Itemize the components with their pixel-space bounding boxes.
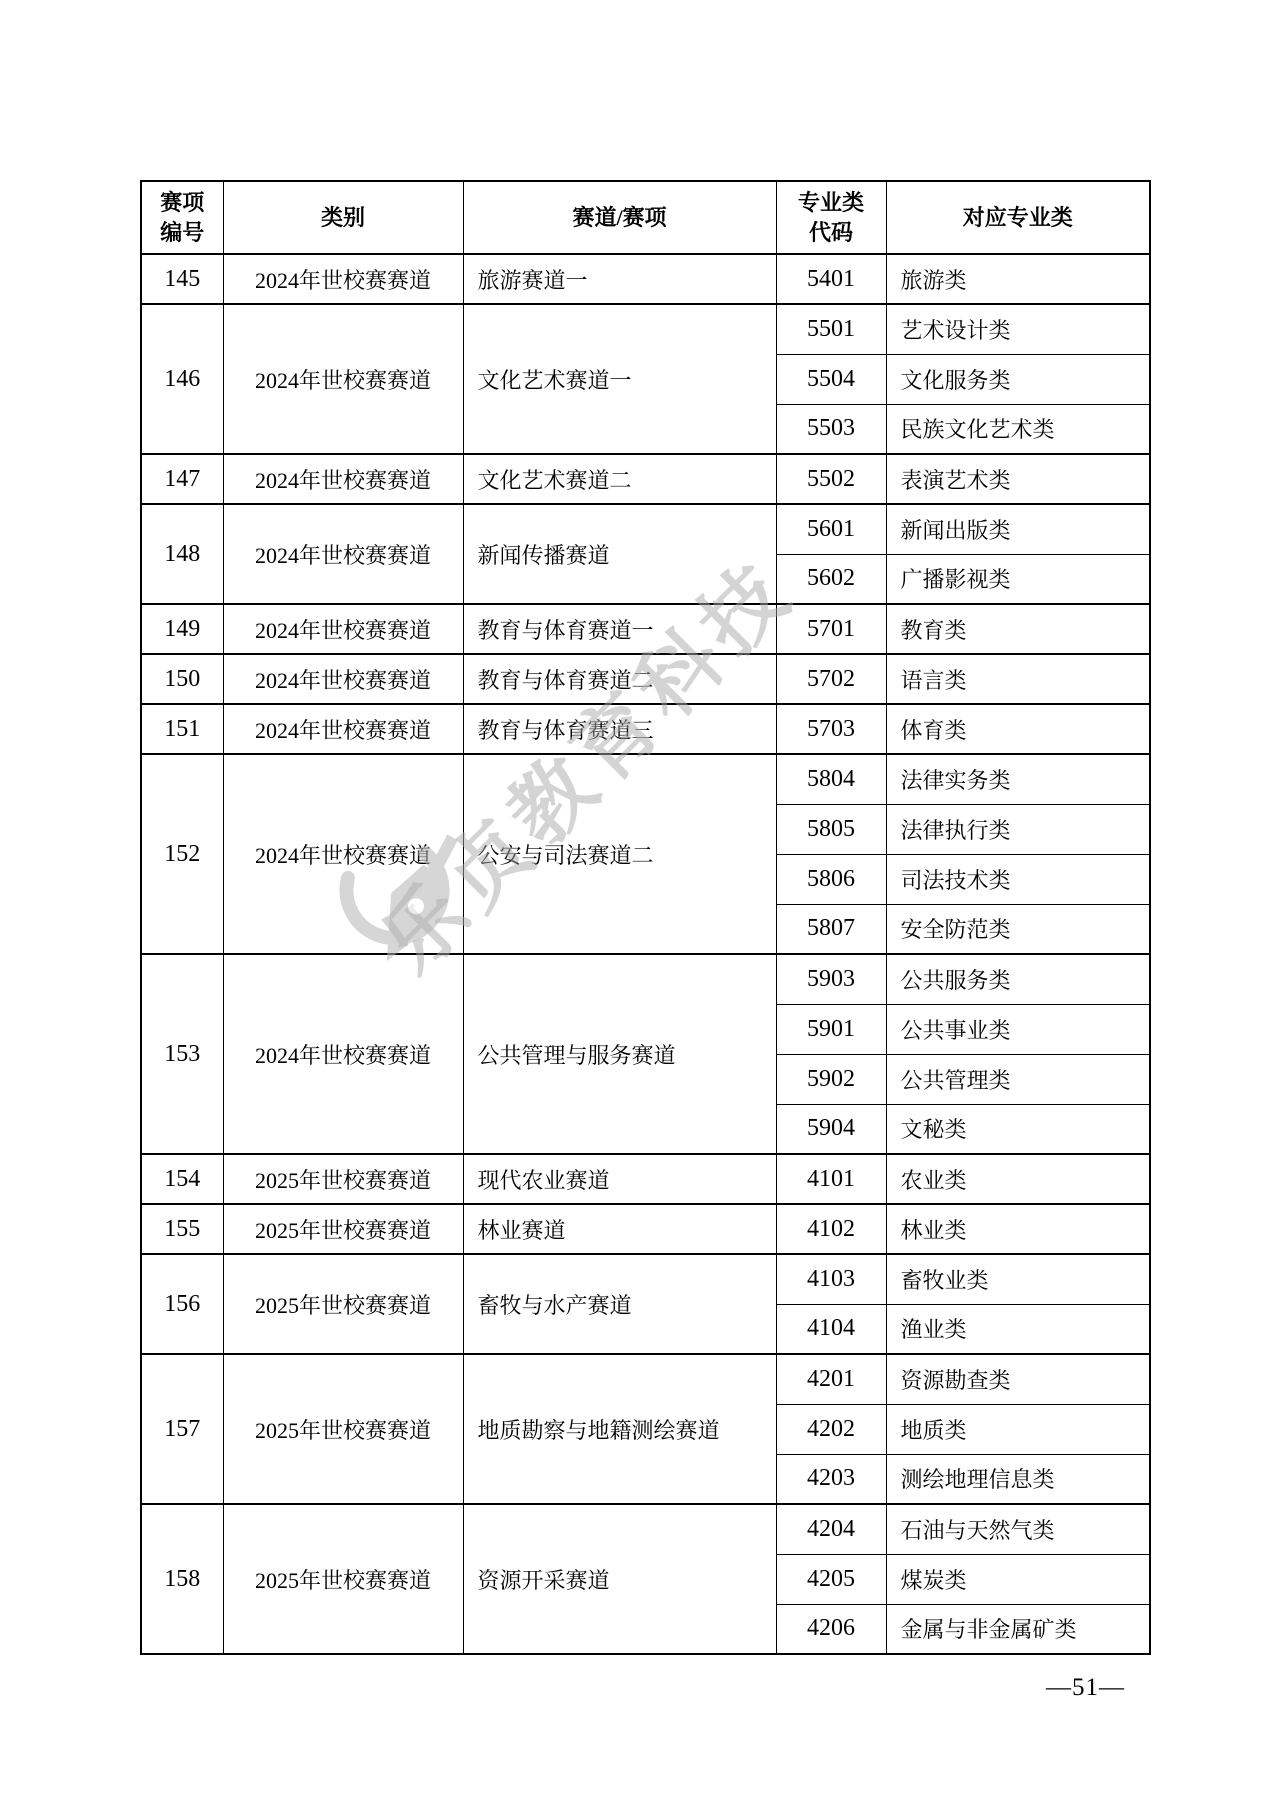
cell-item-number: 149 — [141, 604, 223, 654]
cell-track: 现代农业赛道 — [463, 1154, 776, 1204]
cell-code: 4203 — [776, 1454, 886, 1504]
cell-track: 教育与体育赛道三 — [463, 704, 776, 754]
cell-category: 2025年世校赛赛道 — [223, 1354, 463, 1504]
cell-category: 2025年世校赛赛道 — [223, 1254, 463, 1354]
cell-track: 地质勘察与地籍测绘赛道 — [463, 1354, 776, 1504]
table-row: 1552025年世校赛赛道林业赛道4102林业类 — [141, 1204, 1150, 1254]
cell-category: 2025年世校赛赛道 — [223, 1204, 463, 1254]
cell-major-class: 文秘类 — [886, 1104, 1150, 1154]
col-track: 赛道/赛项 — [463, 181, 776, 254]
cell-category: 2024年世校赛赛道 — [223, 954, 463, 1154]
cell-item-number: 150 — [141, 654, 223, 704]
cell-category: 2024年世校赛赛道 — [223, 654, 463, 704]
cell-item-number: 151 — [141, 704, 223, 754]
cell-code: 4205 — [776, 1554, 886, 1604]
table-row: 1562025年世校赛赛道畜牧与水产赛道4103畜牧业类 — [141, 1254, 1150, 1304]
cell-major-class: 煤炭类 — [886, 1554, 1150, 1604]
table-container: 赛项编号类别赛道/赛项专业类代码对应专业类 1452024年世校赛赛道旅游赛道一… — [140, 180, 1151, 1655]
competition-table: 赛项编号类别赛道/赛项专业类代码对应专业类 1452024年世校赛赛道旅游赛道一… — [140, 180, 1151, 1655]
cell-major-class: 司法技术类 — [886, 854, 1150, 904]
cell-code: 5804 — [776, 754, 886, 804]
cell-track: 教育与体育赛道二 — [463, 654, 776, 704]
cell-track: 公安与司法赛道二 — [463, 754, 776, 954]
cell-major-class: 艺术设计类 — [886, 304, 1150, 354]
cell-major-class: 新闻出版类 — [886, 504, 1150, 554]
cell-major-class: 地质类 — [886, 1404, 1150, 1454]
cell-track: 文化艺术赛道一 — [463, 304, 776, 454]
cell-track: 公共管理与服务赛道 — [463, 954, 776, 1154]
cell-code: 5901 — [776, 1004, 886, 1054]
cell-code: 5805 — [776, 804, 886, 854]
cell-category: 2025年世校赛赛道 — [223, 1154, 463, 1204]
cell-track: 新闻传播赛道 — [463, 504, 776, 604]
cell-major-class: 资源勘查类 — [886, 1354, 1150, 1404]
cell-item-number: 147 — [141, 454, 223, 504]
cell-category: 2024年世校赛赛道 — [223, 304, 463, 454]
cell-code: 5504 — [776, 354, 886, 404]
cell-major-class: 金属与非金属矿类 — [886, 1604, 1150, 1654]
cell-item-number: 148 — [141, 504, 223, 604]
cell-code: 4102 — [776, 1204, 886, 1254]
cell-code: 5702 — [776, 654, 886, 704]
cell-major-class: 民族文化艺术类 — [886, 404, 1150, 454]
cell-code: 5806 — [776, 854, 886, 904]
cell-item-number: 155 — [141, 1204, 223, 1254]
cell-track: 林业赛道 — [463, 1204, 776, 1254]
cell-item-number: 145 — [141, 254, 223, 304]
col-major-class: 对应专业类 — [886, 181, 1150, 254]
cell-category: 2024年世校赛赛道 — [223, 704, 463, 754]
table-row: 1472024年世校赛赛道文化艺术赛道二5502表演艺术类 — [141, 454, 1150, 504]
cell-major-class: 石油与天然气类 — [886, 1504, 1150, 1554]
cell-major-class: 公共管理类 — [886, 1054, 1150, 1104]
cell-track: 教育与体育赛道一 — [463, 604, 776, 654]
cell-track: 旅游赛道一 — [463, 254, 776, 304]
cell-item-number: 152 — [141, 754, 223, 954]
cell-code: 5701 — [776, 604, 886, 654]
cell-major-class: 表演艺术类 — [886, 454, 1150, 504]
table-row: 1532024年世校赛赛道公共管理与服务赛道5903公共服务类 — [141, 954, 1150, 1004]
cell-category: 2024年世校赛赛道 — [223, 254, 463, 304]
cell-track: 文化艺术赛道二 — [463, 454, 776, 504]
cell-code: 4204 — [776, 1504, 886, 1554]
cell-item-number: 156 — [141, 1254, 223, 1354]
cell-track: 资源开采赛道 — [463, 1504, 776, 1654]
table-row: 1522024年世校赛赛道公安与司法赛道二5804法律实务类 — [141, 754, 1150, 804]
cell-code: 5502 — [776, 454, 886, 504]
cell-category: 2024年世校赛赛道 — [223, 454, 463, 504]
cell-code: 5807 — [776, 904, 886, 954]
table-row: 1582025年世校赛赛道资源开采赛道4204石油与天然气类 — [141, 1504, 1150, 1554]
table-row: 1502024年世校赛赛道教育与体育赛道二5702语言类 — [141, 654, 1150, 704]
cell-major-class: 林业类 — [886, 1204, 1150, 1254]
cell-code: 5904 — [776, 1104, 886, 1154]
cell-major-class: 法律执行类 — [886, 804, 1150, 854]
cell-item-number: 146 — [141, 304, 223, 454]
table-row: 1492024年世校赛赛道教育与体育赛道一5701教育类 — [141, 604, 1150, 654]
table-row: 1542025年世校赛赛道现代农业赛道4101农业类 — [141, 1154, 1150, 1204]
cell-major-class: 公共服务类 — [886, 954, 1150, 1004]
col-code: 专业类代码 — [776, 181, 886, 254]
cell-item-number: 154 — [141, 1154, 223, 1204]
cell-major-class: 安全防范类 — [886, 904, 1150, 954]
col-item-number: 赛项编号 — [141, 181, 223, 254]
cell-major-class: 体育类 — [886, 704, 1150, 754]
cell-major-class: 畜牧业类 — [886, 1254, 1150, 1304]
table-row: 1452024年世校赛赛道旅游赛道一5401旅游类 — [141, 254, 1150, 304]
cell-code: 4201 — [776, 1354, 886, 1404]
cell-code: 4104 — [776, 1304, 886, 1354]
cell-major-class: 旅游类 — [886, 254, 1150, 304]
document-page: 赛项编号类别赛道/赛项专业类代码对应专业类 1452024年世校赛赛道旅游赛道一… — [0, 0, 1280, 1810]
header-row: 赛项编号类别赛道/赛项专业类代码对应专业类 — [141, 181, 1150, 254]
cell-code: 4103 — [776, 1254, 886, 1304]
cell-major-class: 测绘地理信息类 — [886, 1454, 1150, 1504]
cell-code: 5903 — [776, 954, 886, 1004]
cell-code: 5601 — [776, 504, 886, 554]
cell-major-class: 法律实务类 — [886, 754, 1150, 804]
cell-major-class: 公共事业类 — [886, 1004, 1150, 1054]
cell-code: 5602 — [776, 554, 886, 604]
table-body: 1452024年世校赛赛道旅游赛道一5401旅游类1462024年世校赛赛道文化… — [141, 254, 1150, 1654]
cell-code: 4202 — [776, 1404, 886, 1454]
cell-code: 5501 — [776, 304, 886, 354]
cell-major-class: 渔业类 — [886, 1304, 1150, 1354]
table-row: 1482024年世校赛赛道新闻传播赛道5601新闻出版类 — [141, 504, 1150, 554]
cell-major-class: 广播影视类 — [886, 554, 1150, 604]
cell-code: 4206 — [776, 1604, 886, 1654]
cell-code: 4101 — [776, 1154, 886, 1204]
cell-major-class: 语言类 — [886, 654, 1150, 704]
cell-code: 5703 — [776, 704, 886, 754]
cell-category: 2024年世校赛赛道 — [223, 504, 463, 604]
col-category: 类别 — [223, 181, 463, 254]
table-row: 1572025年世校赛赛道地质勘察与地籍测绘赛道4201资源勘查类 — [141, 1354, 1150, 1404]
table-row: 1512024年世校赛赛道教育与体育赛道三5703体育类 — [141, 704, 1150, 754]
cell-category: 2024年世校赛赛道 — [223, 604, 463, 654]
table-header: 赛项编号类别赛道/赛项专业类代码对应专业类 — [141, 181, 1150, 254]
cell-item-number: 153 — [141, 954, 223, 1154]
cell-code: 5401 — [776, 254, 886, 304]
table-row: 1462024年世校赛赛道文化艺术赛道一5501艺术设计类 — [141, 304, 1150, 354]
page-number: —51— — [1046, 1674, 1125, 1702]
cell-code: 5902 — [776, 1054, 886, 1104]
cell-major-class: 农业类 — [886, 1154, 1150, 1204]
cell-item-number: 158 — [141, 1504, 223, 1654]
cell-item-number: 157 — [141, 1354, 223, 1504]
cell-code: 5503 — [776, 404, 886, 454]
cell-category: 2025年世校赛赛道 — [223, 1504, 463, 1654]
cell-major-class: 文化服务类 — [886, 354, 1150, 404]
cell-track: 畜牧与水产赛道 — [463, 1254, 776, 1354]
cell-major-class: 教育类 — [886, 604, 1150, 654]
cell-category: 2024年世校赛赛道 — [223, 754, 463, 954]
